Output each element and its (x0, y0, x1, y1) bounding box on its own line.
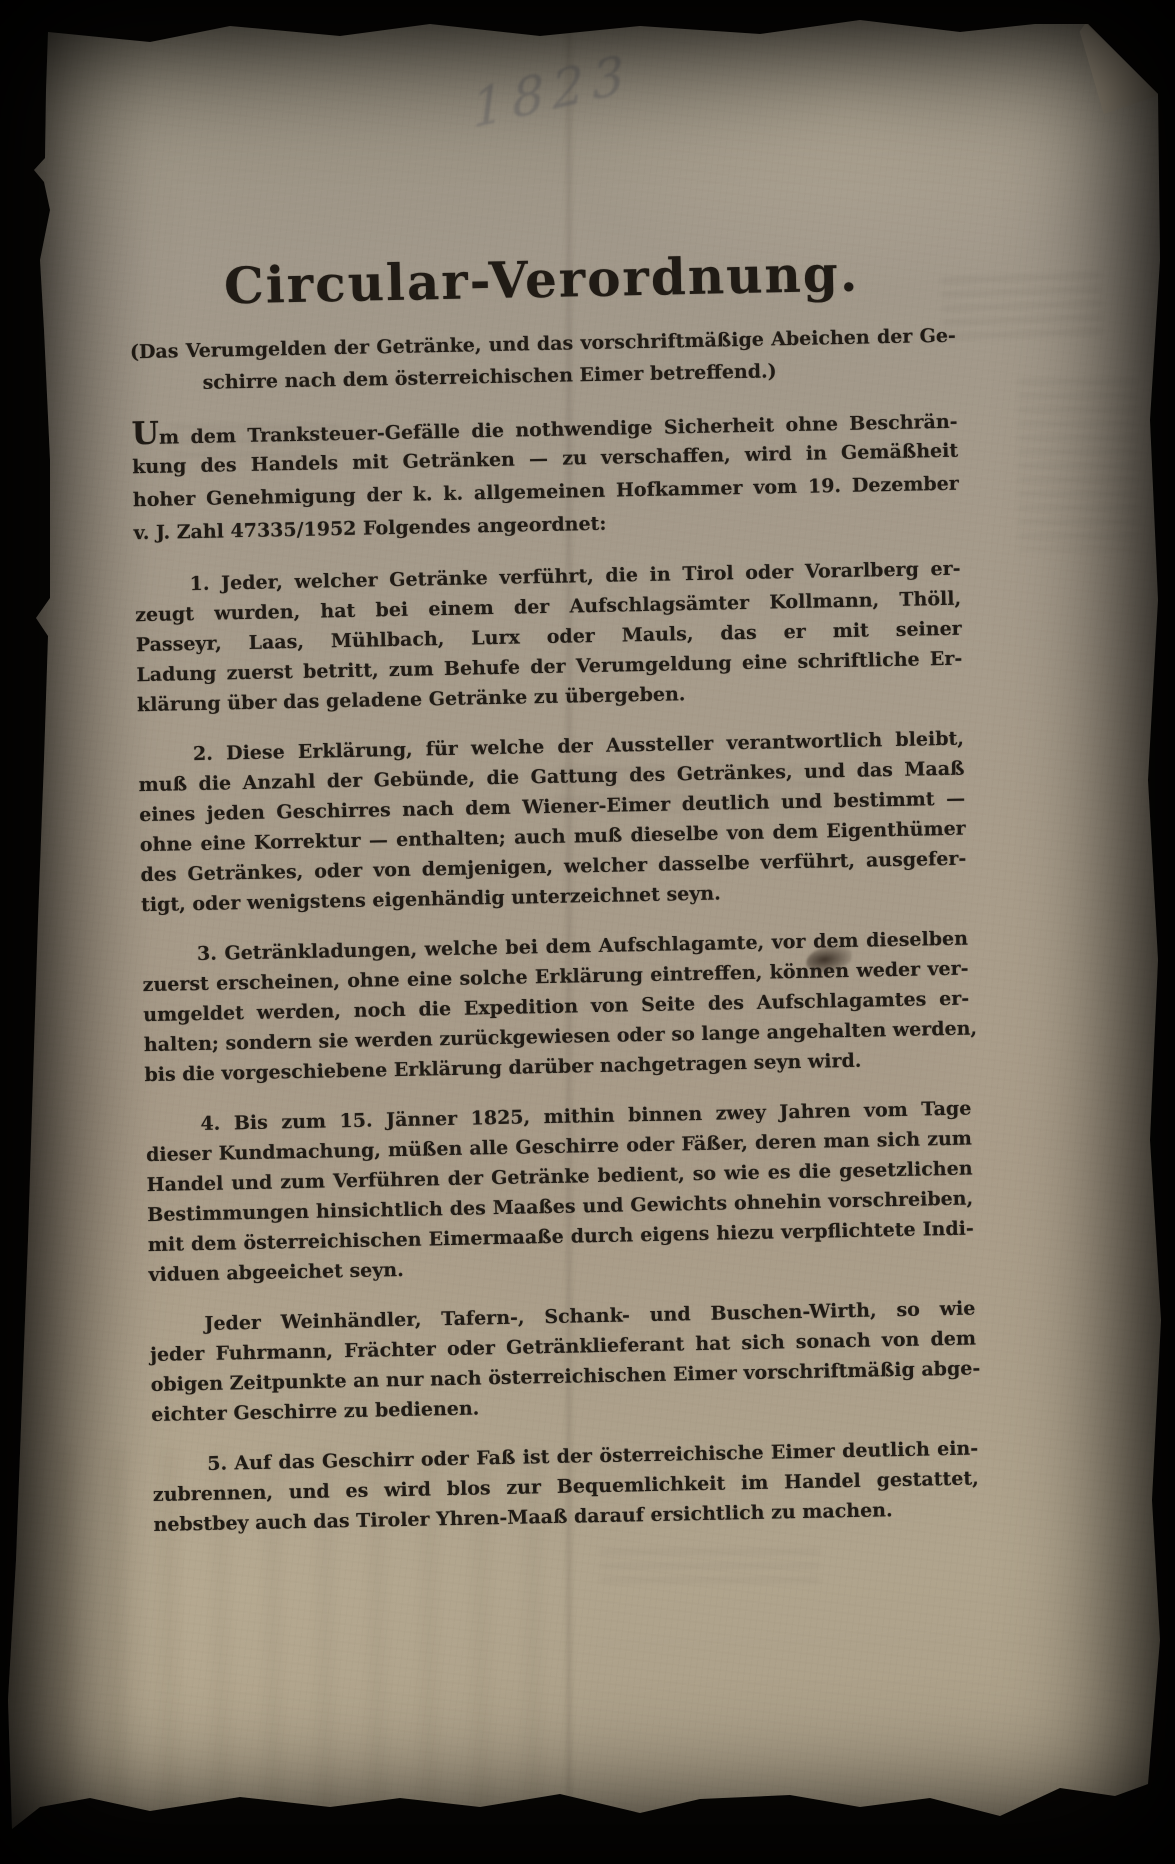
folded-corner (1078, 18, 1164, 114)
show-through-ghost (600, 1550, 820, 1590)
paragraph-1: 1. Jeder, welcher Getränke verführt, die… (134, 554, 963, 721)
paragraph-3: 3. Getränkladungen, welche bei dem Aufsc… (142, 924, 971, 1091)
paragraph-2: 2. Diese Erklärung, für welche der Ausst… (138, 724, 967, 921)
document-subtitle: (Das Verumgelden der Getränke, und das v… (130, 320, 957, 401)
intro-paragraph: Um dem Tranksteuer-Gefälle die nothwendi… (131, 402, 959, 551)
document-title: Circular-Verordnung. (128, 242, 955, 319)
printed-content: Circular-Verordnung. (Das Verumgelden de… (128, 242, 980, 1560)
scan-background: 1823 Circular-Verordnung. (Das Verumgeld… (0, 0, 1175, 1864)
paragraph-5-unnumbered: Jeder Weinhändler, Tafern-, Schank- und … (149, 1293, 977, 1430)
paragraph-6: 5. Auf das Geschirr oder Faß ist der öst… (152, 1433, 980, 1540)
document-page: 1823 Circular-Verordnung. (Das Verumgeld… (0, 0, 1175, 1864)
handwritten-year: 1823 (471, 43, 634, 141)
show-through-ghost (1018, 380, 1138, 550)
paragraph-4: 4. Bis zum 15. Jänner 1825, mithin binne… (145, 1094, 974, 1291)
show-through-ghost (941, 273, 1103, 349)
